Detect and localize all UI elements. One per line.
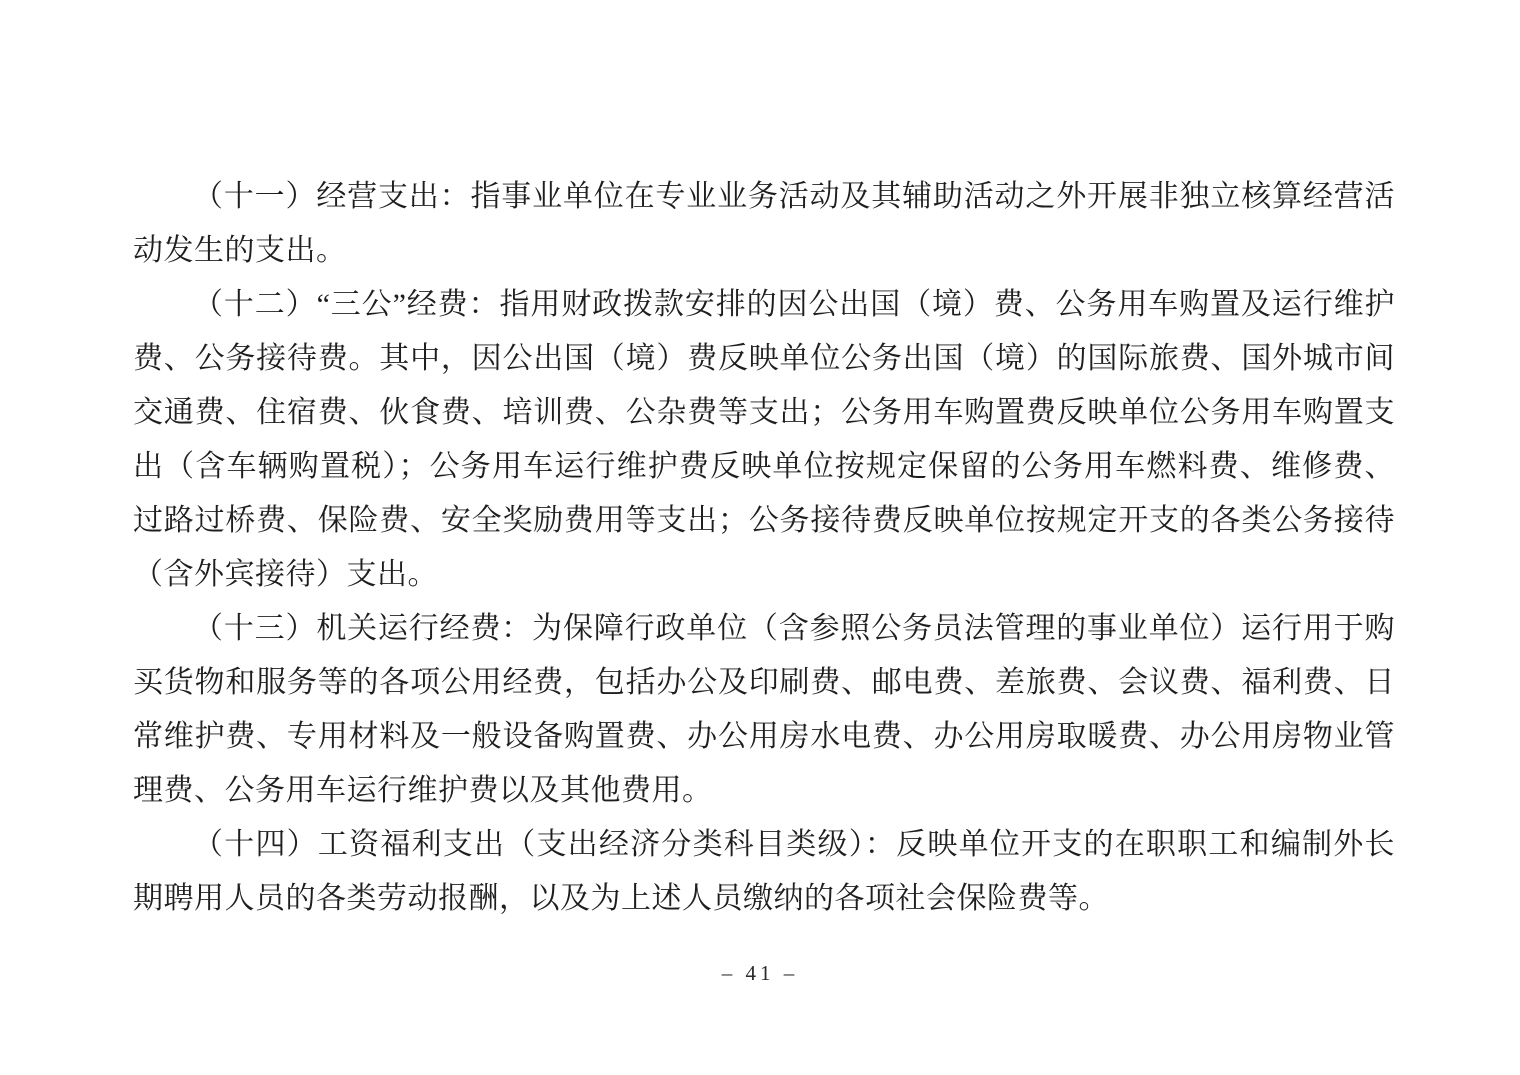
document-page: （十一）经营支出：指事业单位在专业业务活动及其辅助活动之外开展非独立核算经营活动… <box>0 0 1520 1075</box>
paragraph-item-14: （十四）工资福利支出（支出经济分类科目类级）：反映单位开支的在职职工和编制外长期… <box>133 818 1395 926</box>
paragraph-item-13: （十三）机关运行经费：为保障行政单位（含参照公务员法管理的事业单位）运行用于购买… <box>133 602 1395 818</box>
paragraph-item-12: （十二）“三公”经费：指用财政拨款安排的因公出国（境）费、公务用车购置及运行维护… <box>133 278 1395 602</box>
paragraph-item-11: （十一）经营支出：指事业单位在专业业务活动及其辅助活动之外开展非独立核算经营活动… <box>133 170 1395 278</box>
document-body: （十一）经营支出：指事业单位在专业业务活动及其辅助活动之外开展非独立核算经营活动… <box>133 170 1395 926</box>
page-number: – 41 – <box>0 958 1520 988</box>
